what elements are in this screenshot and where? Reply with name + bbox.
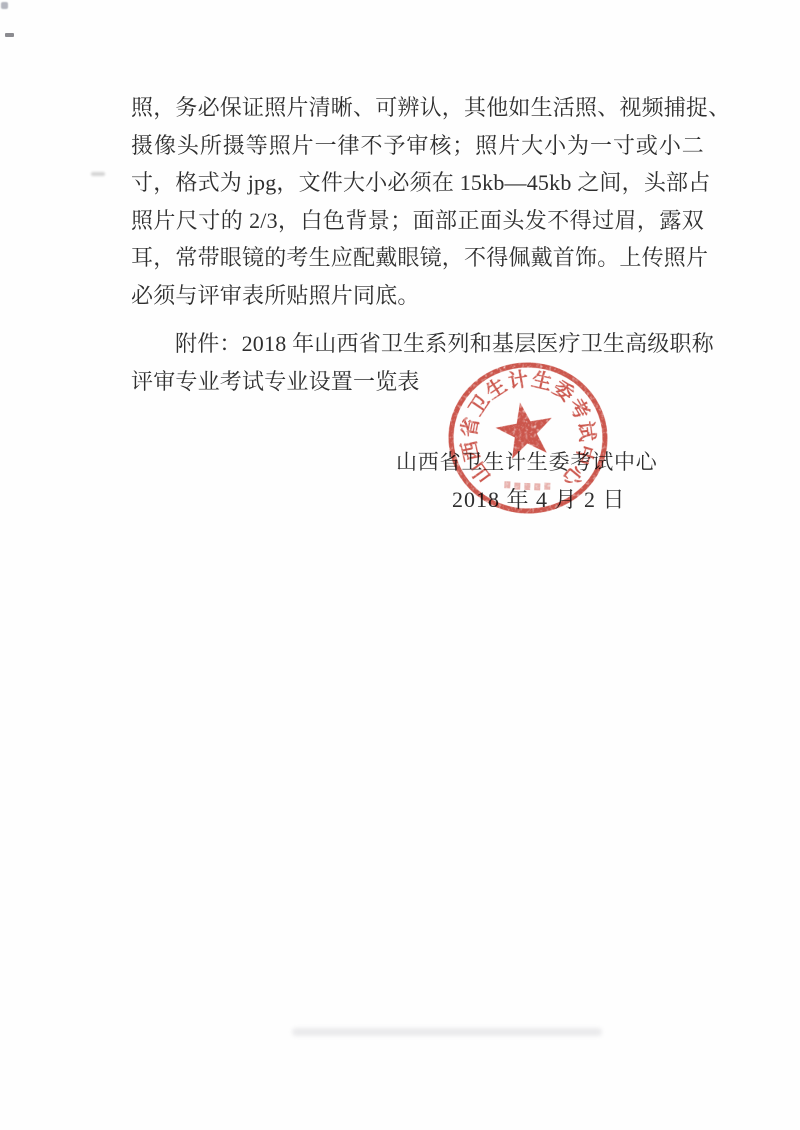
body-line: 寸，格式为 jpg，文件大小必须在 15kb—45kb 之间，头部占 [131,164,704,202]
scan-artifact-corner [1,2,8,9]
seal-code-marks [504,481,550,491]
svg-text:试: 试 [574,420,599,443]
svg-text:计: 计 [506,366,530,393]
body-line: 照片尺寸的 2/3，白色背景；面部正面头发不得过眉，露双 [131,202,704,240]
body-line: 照，务必保证照片清晰、可辨认，其他如生活照、视频捕捉、 [131,89,704,127]
scan-artifact-smudge [91,172,105,176]
star-icon [494,402,552,461]
official-seal-stamp: 山西省卫生计生委考试中心 [435,345,621,531]
scan-artifact-dash [5,33,14,37]
scanned-document-page: 照，务必保证照片清晰、可辨认，其他如生活照、视频捕捉、 摄像头所摄等照片一律不予… [0,0,800,1130]
svg-text:西: 西 [458,439,485,464]
body-line: 耳，常带眼镜的考生应配戴眼镜，不得佩戴首饰。上传照片 [131,239,704,277]
svg-text:省: 省 [456,415,483,439]
scan-artifact-band [292,1028,602,1036]
body-line: 摄像头所摄等照片一律不予审核；照片大小为一寸或小二 [131,127,704,165]
body-line: 必须与评审表所贴照片同底。 [131,277,704,315]
paragraph-photo-requirements: 照，务必保证照片清晰、可辨认，其他如生活照、视频捕捉、 摄像头所摄等照片一律不予… [131,89,704,315]
